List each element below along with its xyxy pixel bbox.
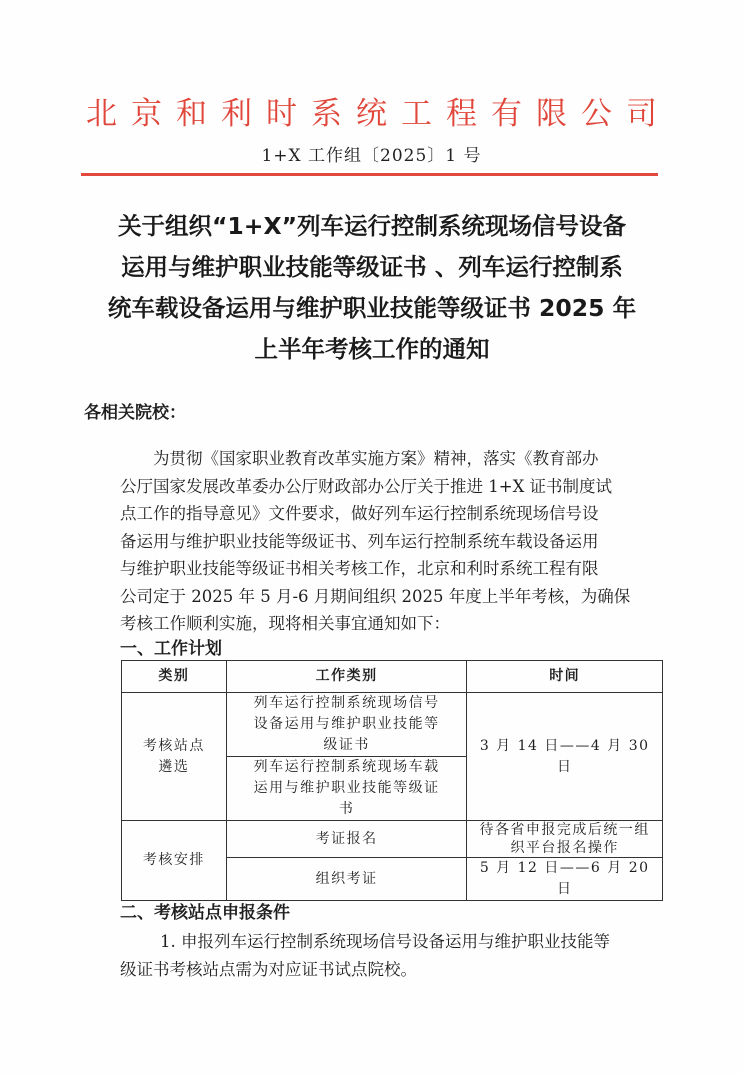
- intro-paragraph: 为贯彻《国家职业教育改革实施方案》精神，落实《教育部办 公厅国家发展改革委办公厅…: [120, 445, 660, 638]
- red-header-rule: [81, 173, 658, 176]
- time-cell: 3 月 14 日——4 月 30 日: [467, 693, 663, 821]
- paragraph-line: 1. 申报列车运行控制系统现场信号设备运用与维护职业技能等: [120, 928, 665, 956]
- notice-title-line: 统车载设备运用与维护职业技能等级证书 2025 年: [82, 288, 662, 329]
- work-type-cell: 列车运行控制系统现场信号设备运用与维护职业技能等级证书: [226, 693, 467, 757]
- section-heading-site-conditions: 二、考核站点申报条件: [120, 898, 290, 923]
- column-header-category: 类别: [122, 661, 227, 693]
- time-cell: 5 月 12 日——6 月 20 日: [467, 858, 663, 901]
- column-header-time: 时间: [467, 661, 663, 693]
- conditions-list-item: 1. 申报列车运行控制系统现场信号设备运用与维护职业技能等 级证书考核站点需为对…: [120, 928, 665, 984]
- category-cell: 考核站点遴选: [122, 693, 227, 821]
- work-plan-table: 类别 工作类别 时间 考核站点遴选 列车运行控制系统现场信号设备运用与维护职业技…: [121, 660, 663, 901]
- paragraph-line: 级证书考核站点需为对应证书试点院校。: [120, 956, 665, 984]
- paragraph-line: 为贯彻《国家职业教育改革实施方案》精神，落实《教育部办: [120, 445, 660, 473]
- organization-title: 北京和利时系统工程有限公司: [0, 88, 743, 133]
- work-type-cell: 列车运行控制系统现场车载运用与维护职业技能等级证书: [226, 757, 467, 821]
- document-number: 1+X 工作组〔2025〕1 号: [0, 141, 743, 166]
- table-row: 考核站点遴选 列车运行控制系统现场信号设备运用与维护职业技能等级证书 3 月 1…: [122, 693, 663, 757]
- notice-title-line: 上半年考核工作的通知: [82, 329, 662, 370]
- notice-title-line: 运用与维护职业技能等级证书 、列车运行控制系: [82, 247, 662, 288]
- category-cell: 考核安排: [122, 821, 227, 901]
- table-header-row: 类别 工作类别 时间: [122, 661, 663, 693]
- paragraph-line: 点工作的指导意见》文件要求，做好列车运行控制系统现场信号设: [120, 500, 660, 528]
- column-header-work-type: 工作类别: [226, 661, 467, 693]
- paragraph-line: 与维护职业技能等级证书相关考核工作，北京和利时系统工程有限: [120, 555, 660, 583]
- salutation: 各相关院校：: [84, 398, 186, 423]
- work-type-cell: 组织考证: [226, 858, 467, 901]
- paragraph-line: 公司定于 2025 年 5 月-6 月期间组织 2025 年度上半年考核，为确保: [120, 583, 660, 611]
- time-cell: 待各省申报完成后统一组织平台报名操作: [467, 821, 663, 858]
- paragraph-line: 公厅国家发展改革委办公厅财政部办公厅关于推进 1+X 证书制度试: [120, 473, 660, 501]
- table-row: 考核安排 考证报名 待各省申报完成后统一组织平台报名操作: [122, 821, 663, 858]
- notice-title: 关于组织“1+X”列车运行控制系统现场信号设备 运用与维护职业技能等级证书 、列…: [82, 206, 662, 370]
- section-heading-work-plan: 一、工作计划: [120, 634, 222, 659]
- work-type-cell: 考证报名: [226, 821, 467, 858]
- paragraph-line: 备运用与维护职业技能等级证书、列车运行控制系统车载设备运用: [120, 528, 660, 556]
- notice-title-line: 关于组织“1+X”列车运行控制系统现场信号设备: [82, 206, 662, 247]
